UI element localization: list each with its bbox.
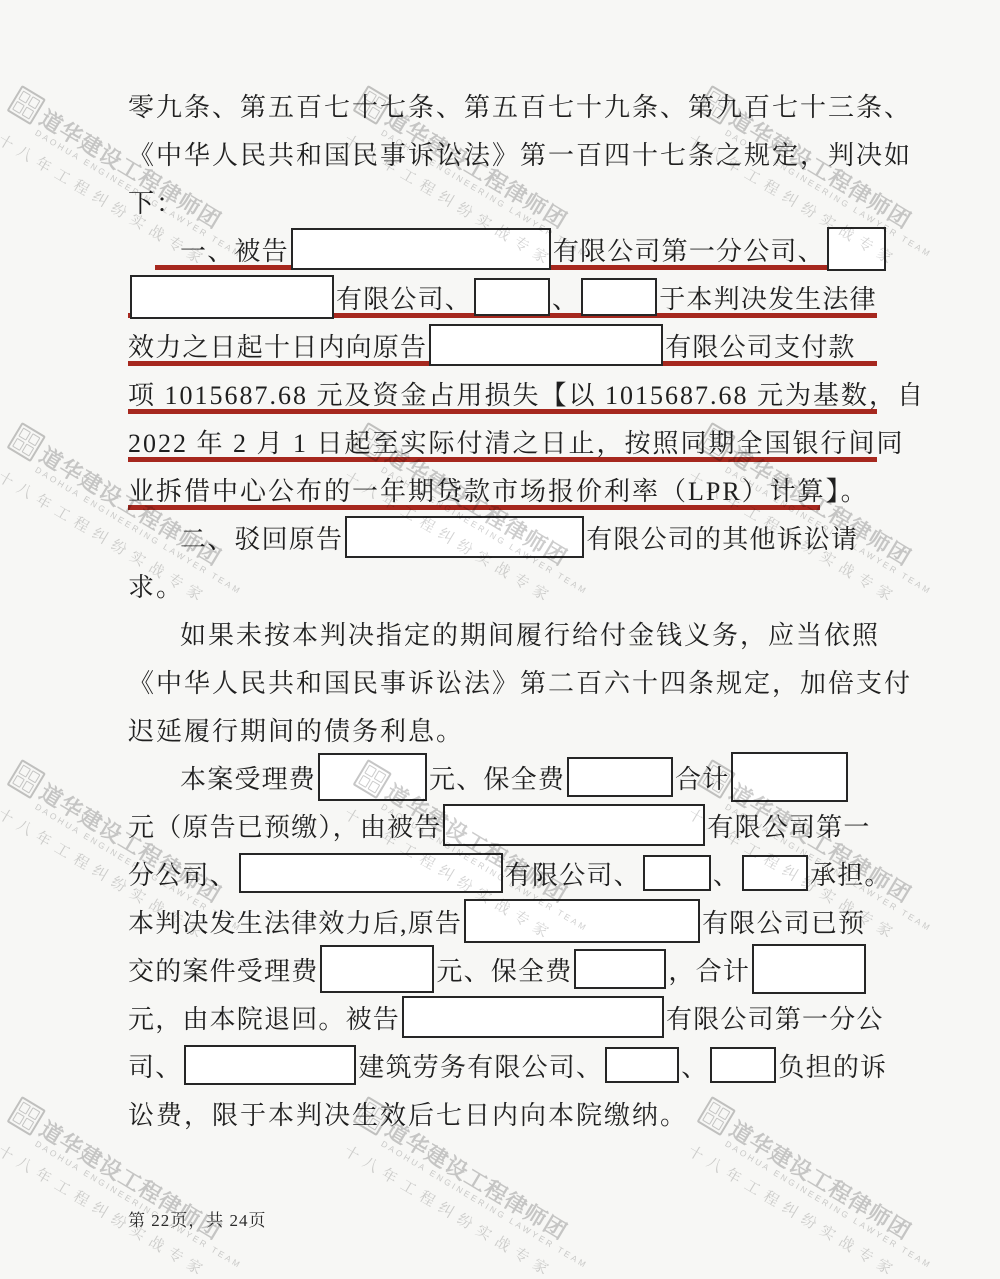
line-text: 有限公司、: [505, 855, 641, 892]
line-text: 2022 年 2 月 1 日起至实际付清之日止，按照同期全国银行间同: [128, 423, 905, 460]
watermark-seal-icon: [7, 85, 46, 125]
document-line: 项 1015687.68 元及资金占用损失【以 1015687.68 元为基数，…: [128, 369, 877, 417]
document-line: 《中华人民共和国民事诉讼法》第一百四十七条之规定，判决如: [128, 129, 877, 177]
line-text: 元（原告已预缴），由被告: [128, 807, 441, 844]
line-text: 下：: [128, 183, 184, 220]
redaction-box: [464, 899, 700, 943]
watermark-latin-text: DAOHUA ENGINEERING LAWYER TEAM: [723, 1139, 933, 1271]
document-line: 效力之日起十日内向原告有限公司支付款: [128, 321, 877, 369]
line-text: 业拆借中心公布的一年期贷款市场报价利率（LPR）计算】。: [128, 471, 869, 508]
redaction-box: [320, 945, 434, 993]
document-line: 有限公司、、于本判决发生法律: [128, 273, 877, 321]
line-text: 《中华人民共和国民事诉讼法》第二百六十四条规定，加倍支付: [128, 663, 912, 700]
line-text: 、: [552, 279, 579, 316]
redaction-box: [184, 1045, 356, 1085]
line-text: 建筑劳务有限公司、: [358, 1047, 603, 1084]
document-line: 本判决发生法律效力后,原告有限公司已预: [128, 897, 877, 945]
redaction-box: [574, 949, 666, 989]
line-text: 一、被告: [180, 231, 289, 268]
redaction-box: [474, 278, 550, 316]
watermark-seal-icon: [7, 1096, 46, 1136]
line-text: 于本判决发生法律: [659, 279, 877, 316]
redaction-box: [742, 855, 808, 891]
line-text: 迟延履行期间的债务利息。: [128, 711, 464, 748]
redaction-box: [402, 996, 664, 1038]
line-text: 元、保全费: [436, 951, 572, 988]
document-line: 一、被告有限公司第一分公司、: [128, 225, 877, 273]
document-line: 讼费，限于本判决生效后七日内向本院缴纳。: [128, 1089, 877, 1137]
document-line: 元，由本院退回。被告有限公司第一分公: [128, 993, 877, 1041]
document-line: 业拆借中心公布的一年期贷款市场报价利率（LPR）计算】。: [128, 465, 877, 513]
line-text: 效力之日起十日内向原告: [128, 327, 427, 364]
redaction-box: [318, 753, 427, 801]
document-line: 下：: [128, 177, 877, 225]
watermark-tagline: 十八年工程纠纷实战专家: [340, 1140, 558, 1279]
line-text: 有限公司支付款: [665, 327, 855, 364]
watermark-seal-icon: [7, 759, 46, 799]
line-text: 二、驳回原告: [180, 519, 343, 556]
line-text: 有限公司第一分公司、: [553, 231, 825, 268]
line-text: 司、: [128, 1047, 182, 1084]
document-line: 《中华人民共和国民事诉讼法》第二百六十四条规定，加倍支付: [128, 657, 877, 705]
redaction-box: [581, 278, 657, 316]
redaction-box: [643, 855, 711, 891]
document-line: 零九条、第五百七十七条、第五百七十九条、第九百七十三条、: [128, 81, 877, 129]
line-text: 有限公司的其他诉讼请: [586, 519, 858, 556]
line-text: 交的案件受理费: [128, 951, 318, 988]
line-text: 承担。: [810, 855, 892, 892]
page-number: 第 22页，共 24页: [128, 1206, 267, 1231]
line-text: 、: [681, 1047, 708, 1084]
document-line: 二、驳回原告有限公司的其他诉讼请: [128, 513, 877, 561]
redaction-box: [567, 757, 673, 797]
document-line: 元（原告已预缴），由被告有限公司第一: [128, 801, 877, 849]
redaction-box: [752, 944, 866, 994]
document-line: 分公司、有限公司、、承担。: [128, 849, 877, 897]
line-text: 合计: [675, 759, 729, 796]
line-text: 求。: [128, 567, 184, 604]
watermark-seal-icon: [7, 422, 46, 462]
line-text: 零九条、第五百七十七条、第五百七十九条、第九百七十三条、: [128, 87, 912, 124]
redaction-box: [443, 804, 705, 846]
document-line: 交的案件受理费元、保全费，合计: [128, 945, 877, 993]
redaction-box: [710, 1047, 776, 1083]
line-text: 、: [713, 855, 740, 892]
document-line: 迟延履行期间的债务利息。: [128, 705, 877, 753]
document-line: 本案受理费元、保全费合计: [128, 753, 877, 801]
redaction-box: [731, 752, 848, 802]
line-text: 本案受理费: [180, 759, 316, 796]
redaction-box: [605, 1047, 679, 1083]
document-line: 司、建筑劳务有限公司、、负担的诉: [128, 1041, 877, 1089]
redaction-box: [130, 275, 334, 319]
line-text: 元，由本院退回。被告: [128, 999, 400, 1036]
redaction-box: [429, 324, 663, 366]
document-page: 零九条、第五百七十七条、第五百七十九条、第九百七十三条、《中华人民共和国民事诉讼…: [0, 0, 1000, 1279]
line-text: 元、保全费: [429, 759, 565, 796]
redaction-box: [827, 227, 886, 271]
line-text: 讼费，限于本判决生效后七日内向本院缴纳。: [128, 1095, 688, 1132]
line-text: 本判决发生法律效力后,原告: [128, 903, 462, 940]
document-line: 求。: [128, 561, 877, 609]
redaction-box: [239, 853, 503, 893]
line-text: 有限公司第一: [707, 807, 870, 844]
line-text: 项 1015687.68 元及资金占用损失【以 1015687.68 元为基数，…: [128, 375, 925, 412]
watermark-latin-text: DAOHUA ENGINEERING LAWYER TEAM: [33, 1139, 243, 1271]
redaction-box: [345, 516, 584, 558]
line-text: 有限公司第一分公: [666, 999, 884, 1036]
line-text: 如果未按本判决指定的期间履行给付金钱义务，应当依照: [180, 615, 880, 652]
line-text: ，合计: [668, 951, 750, 988]
judgment-text: 零九条、第五百七十七条、第五百七十九条、第九百七十三条、《中华人民共和国民事诉讼…: [128, 81, 877, 1137]
line-text: 有限公司、: [336, 279, 472, 316]
redaction-box: [291, 228, 551, 270]
document-line: 2022 年 2 月 1 日起至实际付清之日止，按照同期全国银行间同: [128, 417, 877, 465]
watermark-latin-text: DAOHUA ENGINEERING LAWYER TEAM: [379, 1139, 589, 1271]
line-text: 有限公司已预: [702, 903, 865, 940]
document-line: 如果未按本判决指定的期间履行给付金钱义务，应当依照: [128, 609, 877, 657]
line-text: 负担的诉: [778, 1047, 887, 1084]
line-text: 分公司、: [128, 855, 237, 892]
watermark-tagline: 十八年工程纠纷实战专家: [684, 1140, 902, 1279]
line-text: 《中华人民共和国民事诉讼法》第一百四十七条之规定，判决如: [128, 135, 912, 172]
